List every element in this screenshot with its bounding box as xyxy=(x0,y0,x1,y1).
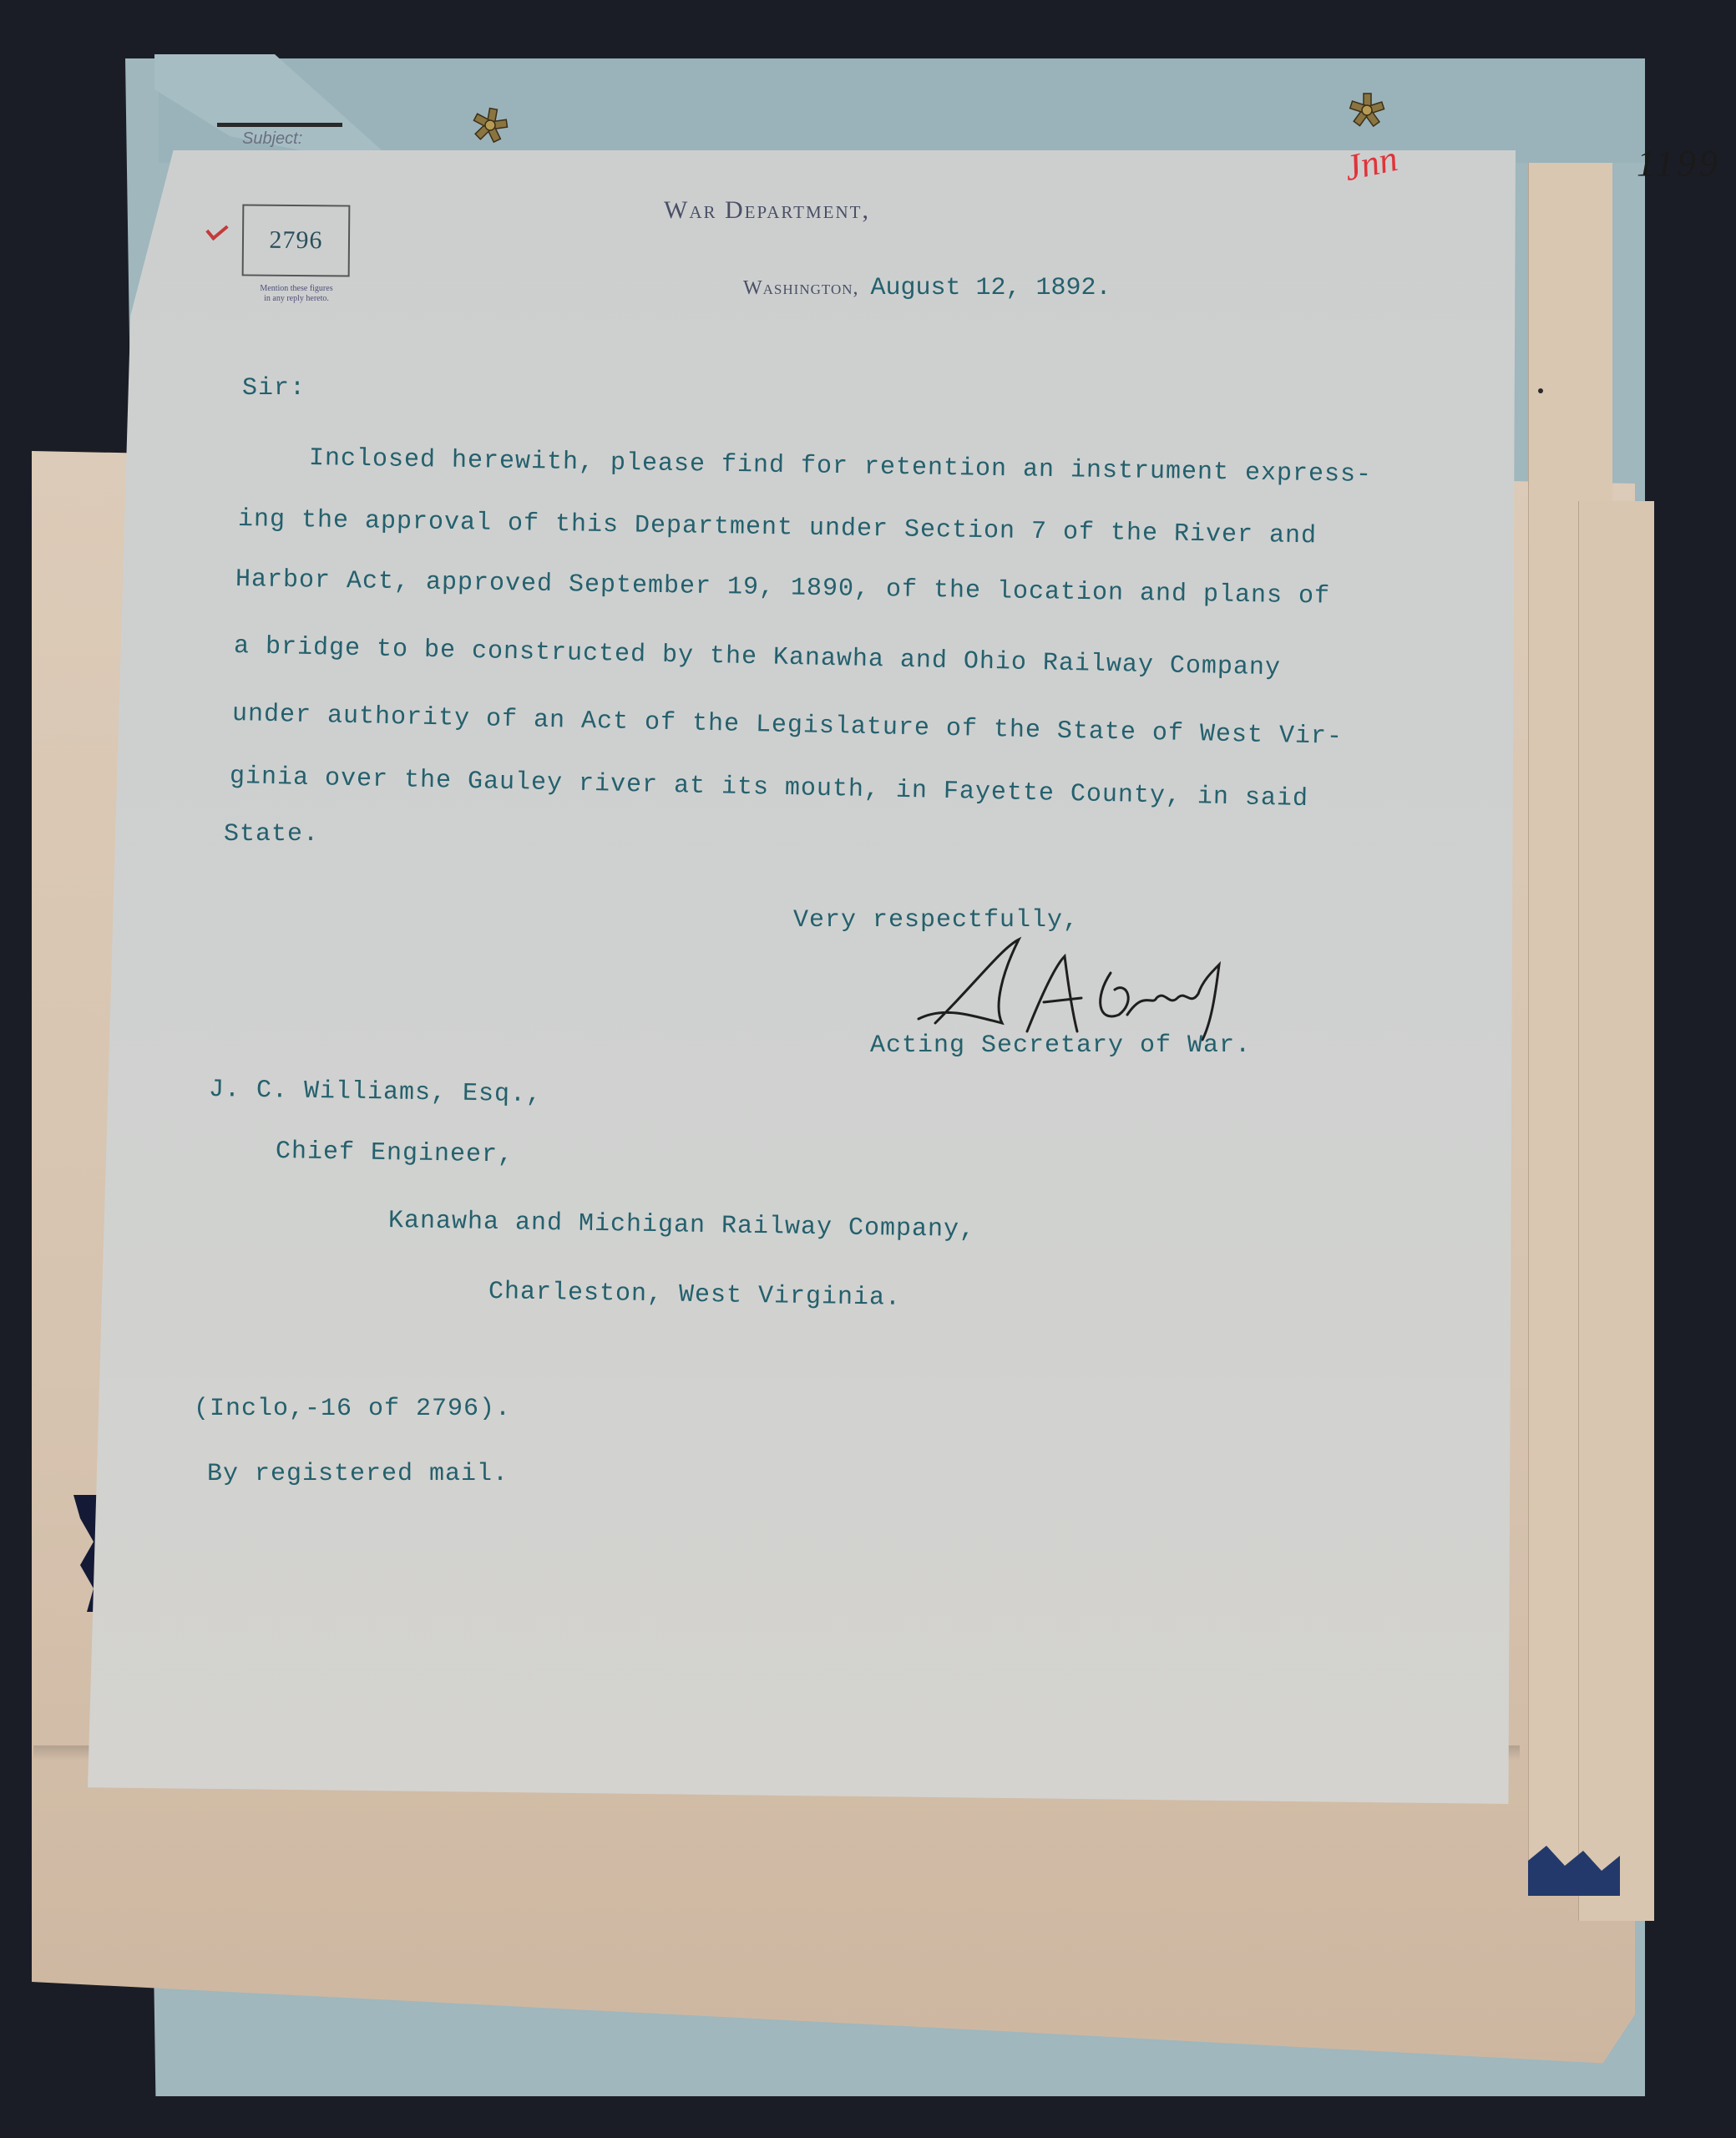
body-line-7: State. xyxy=(224,820,319,849)
signer-title: Acting Secretary of War. xyxy=(870,1031,1251,1060)
salutation: Sir: xyxy=(242,374,306,403)
reference-note-line1: Mention these figures xyxy=(234,284,359,294)
brass-fastener-icon xyxy=(472,107,509,144)
body-line-5: under authority of an Act of the Legisla… xyxy=(232,700,1344,752)
red-pencil-initials: Jnn xyxy=(1340,137,1401,190)
body-line-1: Inclosed herewith, please find for reten… xyxy=(309,444,1373,489)
body-line-3: Harbor Act, approved September 19, 1890,… xyxy=(235,565,1331,611)
enclosure-note: (Inclo,-16 of 2796). xyxy=(194,1395,511,1423)
body-line-2: ing the approval of this Department unde… xyxy=(238,505,1318,550)
dateline-date: August 12, 1892. xyxy=(871,274,1111,302)
delivery-note: By registered mail. xyxy=(207,1460,509,1488)
brass-fastener-icon xyxy=(1349,92,1385,129)
reference-note: Mention these figures in any reply heret… xyxy=(234,284,359,304)
signature-handwritten xyxy=(902,923,1269,1048)
reference-number-box: 2796 xyxy=(242,204,351,276)
body-line-4: a bridge to be constructed by the Kanawh… xyxy=(234,632,1282,682)
reference-note-line2: in any reply hereto. xyxy=(234,294,359,304)
body-line-6: ginia over the Gauley river at its mouth… xyxy=(230,762,1309,813)
addressee-title: Chief Engineer, xyxy=(276,1137,514,1169)
addressee-company: Kanawha and Michigan Railway Company, xyxy=(388,1207,976,1244)
letter-content: Jnn 2796 Mention these figures in any re… xyxy=(0,0,1736,2138)
reference-number: 2796 xyxy=(269,226,322,256)
pin-hole xyxy=(1538,388,1543,393)
letterhead: War Department, xyxy=(664,196,870,225)
dateline-place: Washington, xyxy=(743,277,859,299)
addressee-location: Charleston, West Virginia. xyxy=(488,1278,902,1313)
dateline: Washington, August 12, 1892. xyxy=(743,274,1111,302)
red-check-mark-icon xyxy=(205,219,228,241)
addressee-name: J. C. Williams, Esq., xyxy=(209,1076,543,1109)
